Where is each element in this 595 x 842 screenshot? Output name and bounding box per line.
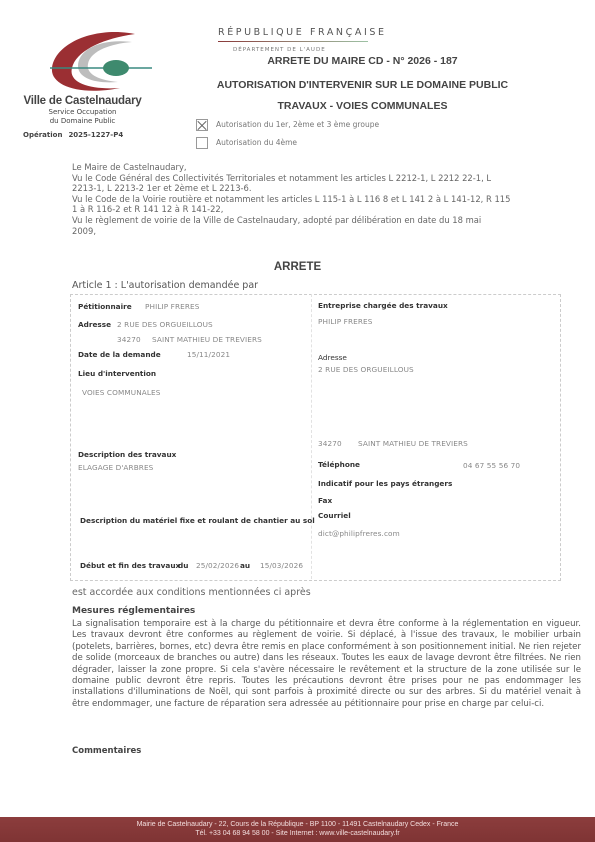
mesures-heading: Mesures réglementaires — [72, 606, 195, 616]
description-value: ELAGAGE D'ARBRES — [78, 463, 153, 472]
date-demande-label: Date de la demande — [78, 350, 161, 359]
intro-line: Vu le Code Général des Collectivités Ter… — [72, 173, 572, 184]
courriel-label: Courriel — [318, 511, 351, 520]
group-4-label: Autorisation du 4ème — [216, 138, 297, 147]
arrete-number-title: ARRETE DU MAIRE CD - N° 2026 - 187 — [190, 55, 535, 67]
request-details-box — [70, 294, 561, 581]
ville-value: SAINT MATHIEU DE TREVIERS — [152, 335, 262, 344]
box-divider — [311, 294, 312, 579]
works-title: TRAVAUX - VOIES COMMUNALES — [190, 100, 535, 112]
adresse-label: Adresse — [78, 320, 111, 329]
group-4-checkbox[interactable] — [196, 137, 208, 149]
article-1: Article 1 : L'autorisation demandée par — [72, 280, 258, 291]
footer: Mairie de Castelnaudary - 22, Cours de l… — [0, 817, 595, 842]
petitionnaire-label: Pétitionnaire — [78, 302, 132, 311]
periode-label: Début et fin des travaux — [80, 561, 180, 570]
courriel-value: dict@philipfreres.com — [318, 529, 400, 538]
operation-label: Opération — [23, 131, 62, 139]
ent-adresse-label: Adresse — [318, 353, 347, 362]
header-divider — [218, 41, 368, 42]
materiel-label: Description du matériel fixe et roulant … — [80, 516, 315, 525]
intro-line: 2009, — [72, 226, 572, 237]
city-name: Ville de Castelnaudary — [20, 95, 145, 107]
intro-line: Le Maire de Castelnaudary, — [72, 162, 572, 173]
ent-adresse-value: 2 RUE DES ORGUEILLOUS — [318, 365, 414, 374]
adresse-value: 2 RUE DES ORGUEILLOUS — [117, 320, 213, 329]
service-line-2: du Domaine Public — [20, 117, 145, 126]
cp-value: 34270 — [117, 335, 141, 344]
petitionnaire-value: PHILIP FRERES — [145, 302, 199, 311]
authorization-title: AUTORISATION D'INTERVENIR SUR LE DOMAINE… — [190, 79, 535, 91]
intro-line: 1 à R 116-2 et R 141 12 à R 141-22, — [72, 204, 572, 215]
accorded-conditions: est accordée aux conditions mentionnées … — [72, 587, 311, 598]
operation-value: 2025-1227-P4 — [68, 131, 123, 139]
entreprise-label: Entreprise chargée des travaux — [318, 301, 448, 310]
indicatif-label: Indicatif pour les pays étrangers — [318, 479, 452, 488]
description-label: Description des travaux — [78, 450, 176, 459]
date-demande-value: 15/11/2021 — [187, 350, 230, 359]
intro-line: Vu le Code de la Voirie routière et nota… — [72, 194, 572, 205]
commentaires-heading: Commentaires — [72, 746, 141, 756]
date-fin: 15/03/2026 — [260, 561, 303, 570]
republique-francaise: RÉPUBLIQUE FRANÇAISE — [218, 27, 387, 38]
intro-line: Vu le règlement de voirie de la Ville de… — [72, 215, 572, 226]
departement: DÉPARTEMENT DE L'AUDE — [233, 47, 326, 53]
telephone-label: Téléphone — [318, 460, 360, 469]
date-debut: 25/02/2026 — [196, 561, 239, 570]
castelnaudary-logo-icon — [40, 28, 160, 98]
intro-line: 2213-1, L 2213-2 1er et 2ème et L 2213-6… — [72, 183, 572, 194]
au-label: au — [240, 561, 250, 570]
ent-cp-value: 34270 — [318, 439, 342, 448]
lieu-value: VOIES COMMUNALES — [82, 388, 160, 397]
service-name: Service Occupation du Domaine Public — [20, 108, 145, 126]
service-line-1: Service Occupation — [20, 108, 145, 117]
arrete-heading: ARRETE — [0, 261, 595, 273]
footer-contact: Tél. +33 04 68 94 58 00 - Site Internet … — [0, 830, 595, 839]
du-label: du — [178, 561, 188, 570]
operation-number: Opération2025-1227-P4 — [23, 131, 123, 139]
telephone-value: 04 67 55 56 70 — [463, 461, 520, 470]
legal-references: Le Maire de Castelnaudary, Vu le Code Gé… — [72, 162, 572, 236]
lieu-label: Lieu d'intervention — [78, 369, 156, 378]
mesures-text: La signalisation temporaire est à la cha… — [72, 619, 581, 710]
fax-label: Fax — [318, 496, 332, 505]
group-1-3-label: Autorisation du 1er, 2ème et 3 ème group… — [216, 120, 379, 129]
footer-address: Mairie de Castelnaudary - 22, Cours de l… — [0, 821, 595, 830]
entreprise-value: PHILIP FRERES — [318, 317, 372, 326]
ent-ville-value: SAINT MATHIEU DE TREVIERS — [358, 439, 468, 448]
group-1-3-checkbox[interactable] — [196, 119, 208, 131]
